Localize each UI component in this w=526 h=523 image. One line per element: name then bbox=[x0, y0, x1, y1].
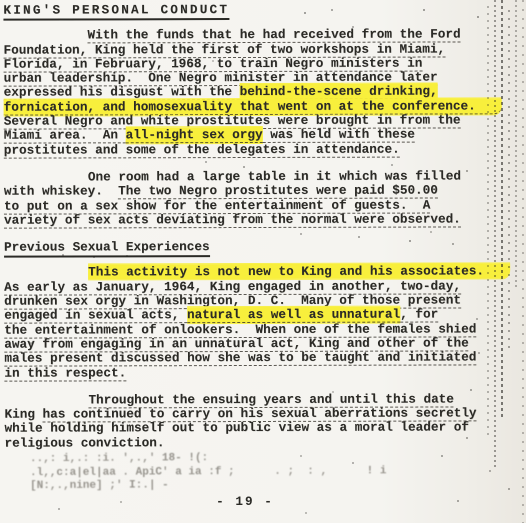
text-line: prostitutes and some of the delegates in… bbox=[4, 142, 496, 158]
illegible-smudge: ..,: i,.: :i. ',.,' 18- !(:.l,,c:a|el|aa… bbox=[30, 451, 460, 494]
smudge-line: [N:,.,nine] ;' I:.| - bbox=[30, 478, 460, 494]
text-line: while holding himself out to public view… bbox=[4, 421, 496, 437]
scan-noise-column bbox=[515, 0, 517, 290]
document-body: KING'S PERSONAL CONDUCTWith the funds th… bbox=[3, 2, 496, 463]
text-segment: males present discussed how she was to b… bbox=[4, 350, 476, 367]
text-segment: with whiskey. bbox=[4, 184, 118, 199]
scan-noise-column bbox=[487, 6, 489, 436]
text-segment: in this respect. bbox=[4, 365, 126, 381]
text-line: variety of sex acts deviating from the n… bbox=[4, 212, 496, 228]
text-segment: KING'S PERSONAL CONDUCT bbox=[3, 2, 229, 21]
scan-noise-column bbox=[508, 10, 510, 350]
text-line: Previous Sexual Experiences bbox=[4, 240, 496, 256]
section-heading: Previous Sexual Experiences bbox=[4, 240, 496, 256]
text-line: KING'S PERSONAL CONDUCT bbox=[3, 2, 495, 18]
text-segment: Previous Sexual Experiences bbox=[4, 239, 210, 258]
text-segment: prostitutes and some of the delegates in… bbox=[4, 141, 400, 158]
paragraph: With the funds that he had received from… bbox=[3, 28, 495, 158]
scan-noise-column bbox=[501, 0, 503, 420]
page-number: - 19 - bbox=[0, 494, 508, 509]
paragraph: This activity is not new to King and his… bbox=[4, 265, 496, 381]
scan-noise-column bbox=[494, 0, 496, 470]
paragraph: One room had a large table in it which w… bbox=[4, 169, 496, 227]
document-page: KING'S PERSONAL CONDUCTWith the funds th… bbox=[0, 0, 526, 523]
scan-speckles bbox=[0, 0, 2, 2]
text-segment: religious conviction. bbox=[5, 435, 165, 450]
scan-noise-column bbox=[522, 0, 524, 523]
text-line: in this respect. bbox=[4, 365, 496, 381]
text-segment: variety of sex acts deviating from the n… bbox=[4, 211, 461, 228]
text-line: religious conviction. bbox=[5, 435, 497, 451]
text-line: Miami area. An all-night sex orgy was he… bbox=[4, 128, 496, 144]
highlighted-text: This activity is not new to King and his… bbox=[88, 264, 510, 280]
paragraph: Throughout the ensuing years and until t… bbox=[4, 392, 496, 450]
text-segment: while holding himself out to public view… bbox=[4, 420, 468, 436]
section-heading: KING'S PERSONAL CONDUCT bbox=[3, 2, 495, 18]
text-segment: King bbox=[4, 407, 42, 422]
text-line: males present discussed how she was to b… bbox=[4, 351, 496, 367]
